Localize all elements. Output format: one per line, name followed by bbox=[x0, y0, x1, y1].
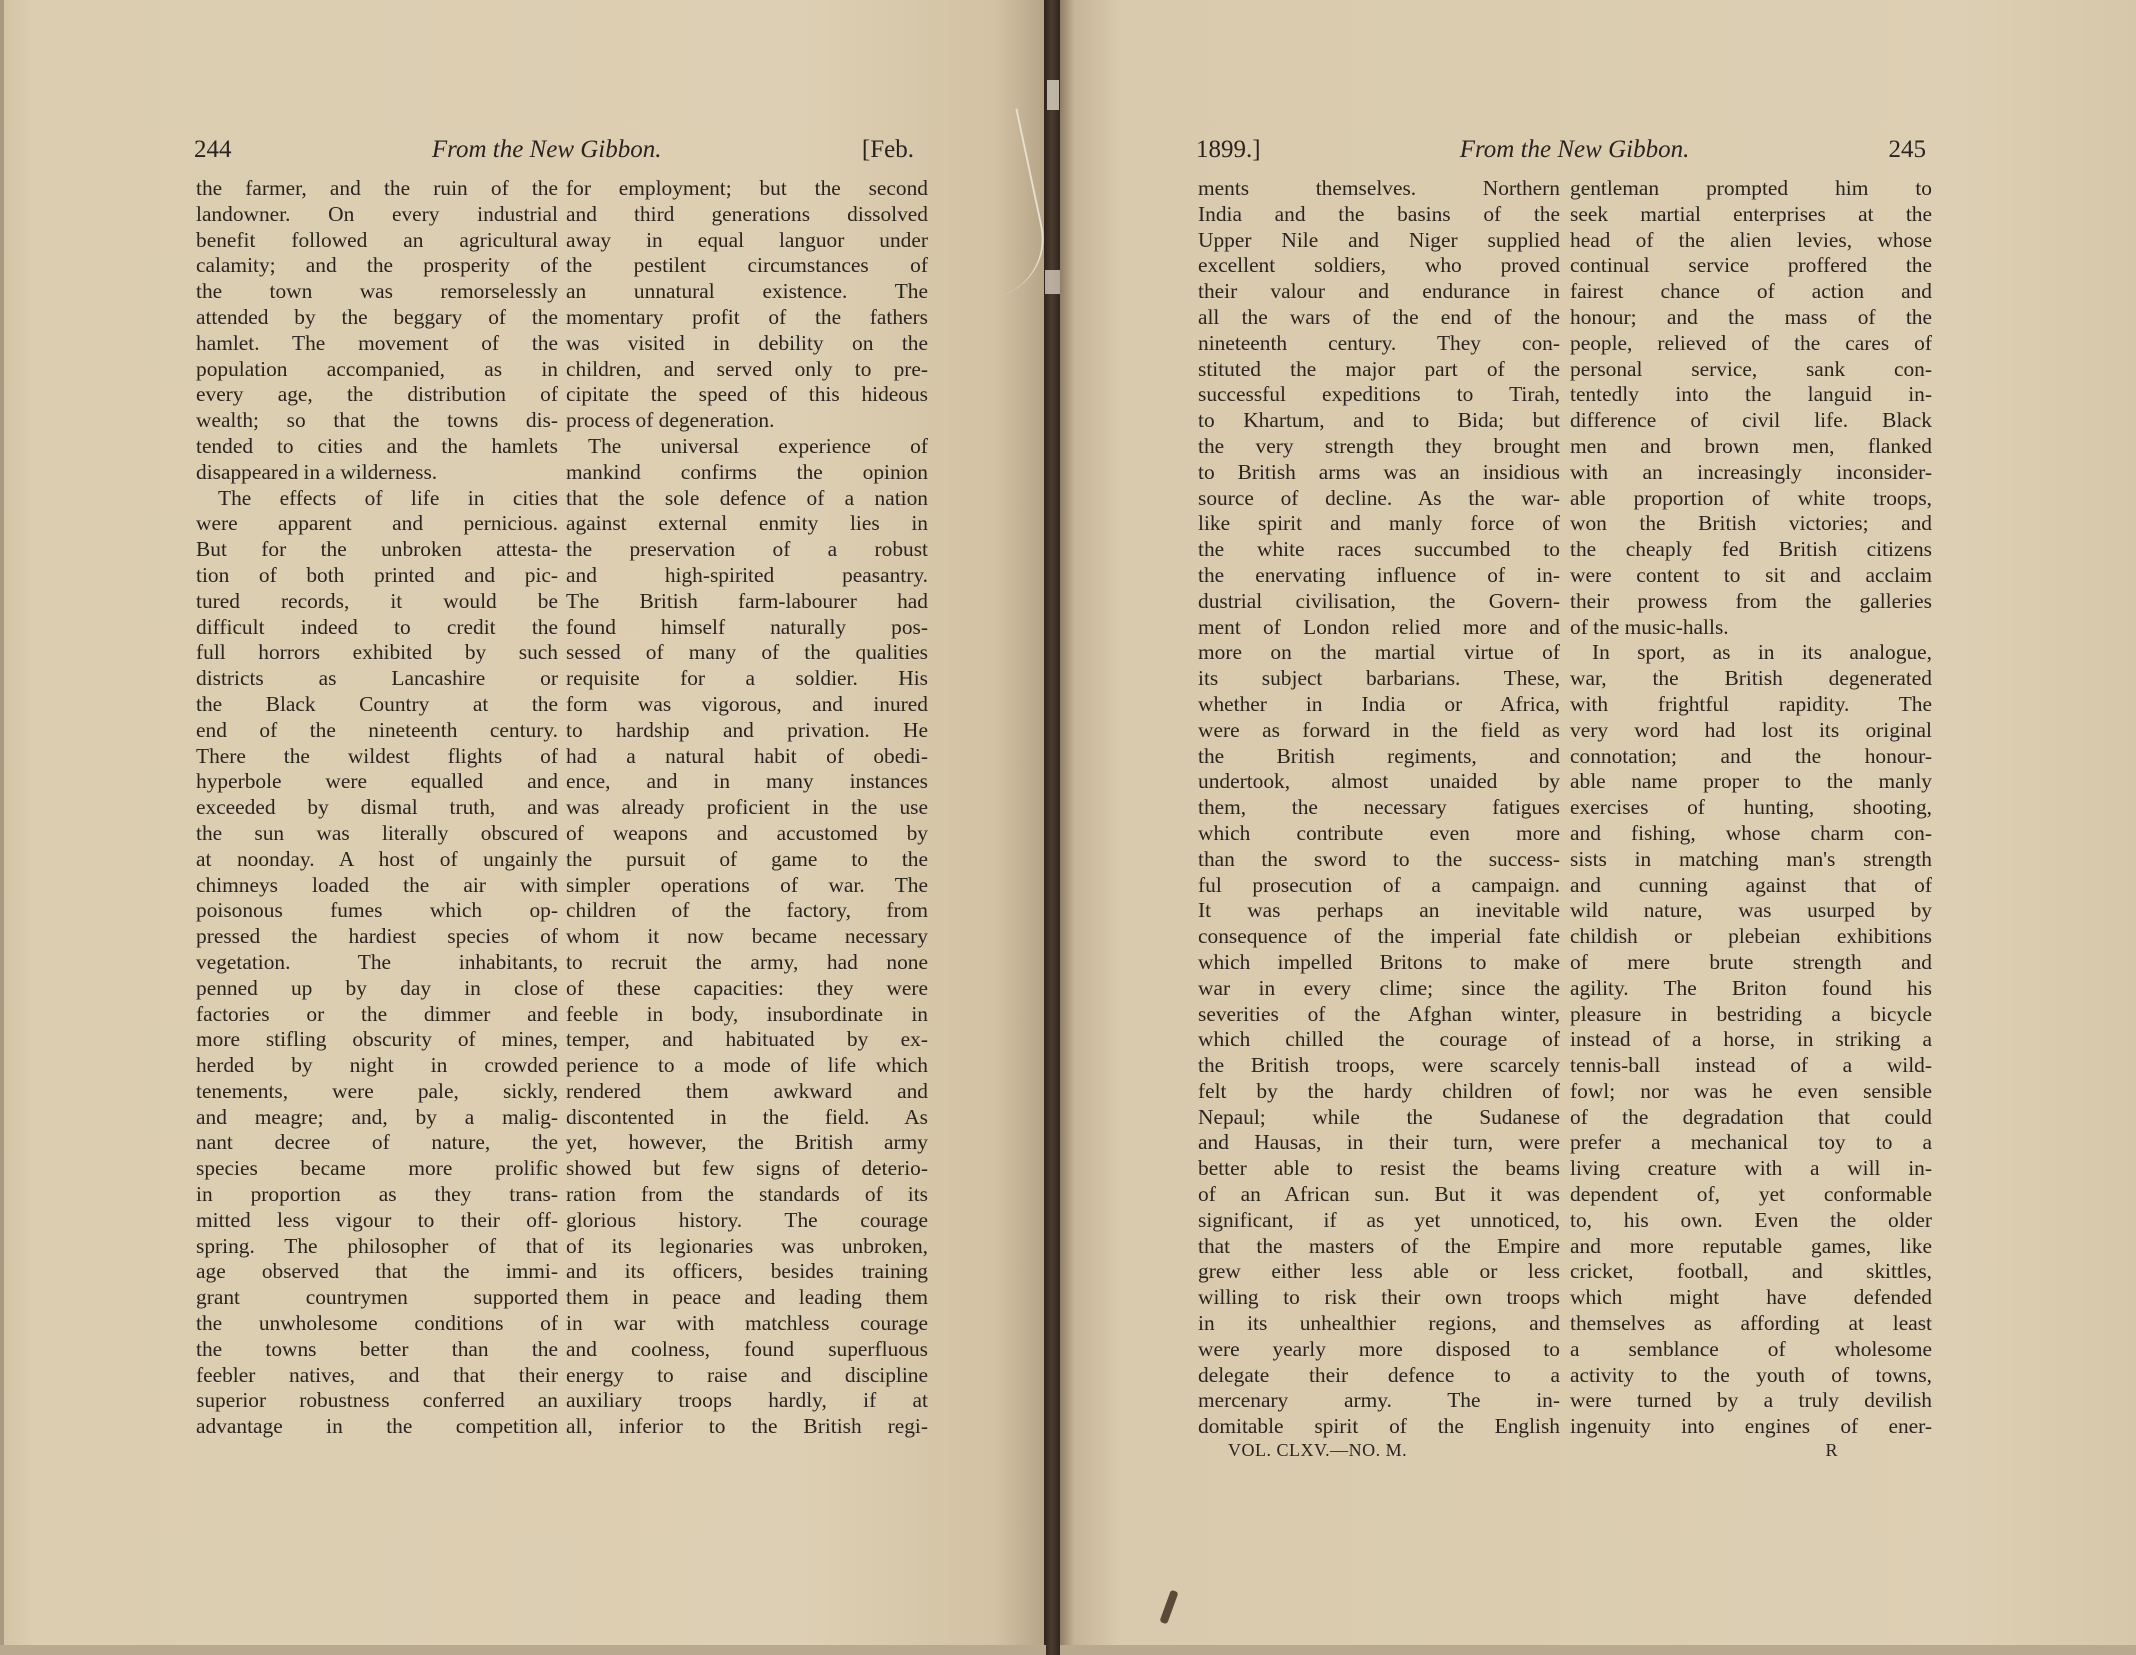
text-line: to Khartum, and to Bida; but bbox=[1198, 408, 1560, 434]
text-line: were turned by a truly devilish bbox=[1570, 1388, 1932, 1414]
running-date: [Feb. bbox=[862, 132, 914, 168]
text-line: of the degradation that could bbox=[1570, 1105, 1932, 1131]
text-line: childish or plebeian exhibitions bbox=[1570, 924, 1932, 950]
text-line: at noonday. A host of ungainly bbox=[196, 847, 558, 873]
text-line: attended by the beggary of the bbox=[196, 305, 558, 331]
text-line: disappeared in a wilderness. bbox=[196, 460, 558, 486]
text-line: difficult indeed to credit the bbox=[196, 615, 558, 641]
text-line: energy to raise and discipline bbox=[566, 1363, 928, 1389]
text-line: the unwholesome conditions of bbox=[196, 1311, 558, 1337]
text-line: feeble in body, insubordinate in bbox=[566, 1002, 928, 1028]
text-line: superior robustness conferred an bbox=[196, 1388, 558, 1414]
text-line: all, inferior to the British regi- bbox=[566, 1414, 928, 1440]
text-line: fowl; nor was he even sensible bbox=[1570, 1079, 1932, 1105]
text-line: difference of civil life. Black bbox=[1570, 408, 1932, 434]
text-line: undertook, almost unaided by bbox=[1198, 769, 1560, 795]
text-line: domitable spirit of the English bbox=[1198, 1414, 1560, 1440]
text-line: were apparent and pernicious. bbox=[196, 511, 558, 537]
text-line: whom it now became necessary bbox=[566, 924, 928, 950]
text-line: exercises of hunting, shooting, bbox=[1570, 795, 1932, 821]
text-line: But for the unbroken attesta- bbox=[196, 537, 558, 563]
text-line: more stifling obscurity of mines, bbox=[196, 1027, 558, 1053]
page-edge bbox=[0, 1645, 1046, 1655]
text-line: war, the British degenerated bbox=[1570, 666, 1932, 692]
running-title: From the New Gibbon. bbox=[432, 132, 662, 168]
text-column: gentleman prompted him toseek martial en… bbox=[1570, 176, 1932, 1440]
text-line: glorious history. The courage bbox=[566, 1208, 928, 1234]
text-line: the pestilent circumstances of bbox=[566, 253, 928, 279]
book-spread: 244 From the New Gibbon. [Feb. the farme… bbox=[0, 0, 2136, 1655]
text-line: had a natural habit of obedi- bbox=[566, 744, 928, 770]
text-line: to British arms was an insidious bbox=[1198, 460, 1560, 486]
text-line: population accompanied, as in bbox=[196, 357, 558, 383]
text-line: and more reputable games, like bbox=[1570, 1234, 1932, 1260]
text-line: ments themselves. Northern bbox=[1198, 176, 1560, 202]
text-line: continual service proffered the bbox=[1570, 253, 1932, 279]
text-line: species became more prolific bbox=[196, 1156, 558, 1182]
text-line: with frightful rapidity. The bbox=[1570, 692, 1932, 718]
text-line: war in every clime; since the bbox=[1198, 976, 1560, 1002]
text-line: cipitate the speed of this hideous bbox=[566, 382, 928, 408]
text-line: the town was remorselessly bbox=[196, 279, 558, 305]
text-line: requisite for a soldier. His bbox=[566, 666, 928, 692]
text-line: ration from the standards of its bbox=[566, 1182, 928, 1208]
text-line: factories or the dimmer and bbox=[196, 1002, 558, 1028]
text-line: ment of London relied more and bbox=[1198, 615, 1560, 641]
text-line: wild nature, was usurped by bbox=[1570, 898, 1932, 924]
text-line: exceeded by dismal truth, and bbox=[196, 795, 558, 821]
text-line: auxiliary troops hardly, if at bbox=[566, 1388, 928, 1414]
text-line: and Hausas, in their turn, were bbox=[1198, 1130, 1560, 1156]
text-line: tenements, were pale, sickly, bbox=[196, 1079, 558, 1105]
text-line: and cunning against that of bbox=[1570, 873, 1932, 899]
text-line: pressed the hardiest species of bbox=[196, 924, 558, 950]
volume-number: VOL. CLXV.—NO. M. bbox=[1228, 1440, 1407, 1461]
text-line: calamity; and the prosperity of bbox=[196, 253, 558, 279]
text-line: delegate their defence to a bbox=[1198, 1363, 1560, 1389]
text-line: yet, however, the British army bbox=[566, 1130, 928, 1156]
text-line: hamlet. The movement of the bbox=[196, 331, 558, 357]
text-line: The British farm-labourer had bbox=[566, 589, 928, 615]
right-page: 1899.] From the New Gibbon. 245 ments th… bbox=[1060, 0, 2136, 1655]
text-line: There the wildest flights of bbox=[196, 744, 558, 770]
text-line: living creature with a will in- bbox=[1570, 1156, 1932, 1182]
text-line: people, relieved of the cares of bbox=[1570, 331, 1932, 357]
text-line: willing to risk their own troops bbox=[1198, 1285, 1560, 1311]
text-line: were as forward in the field as bbox=[1198, 718, 1560, 744]
text-line: dependent of, yet conformable bbox=[1570, 1182, 1932, 1208]
text-column: for employment; but the secondand third … bbox=[566, 176, 928, 1440]
text-line: to hardship and privation. He bbox=[566, 718, 928, 744]
text-line: found himself naturally pos- bbox=[566, 615, 928, 641]
text-line: the farmer, and the ruin of the bbox=[196, 176, 558, 202]
text-line: severities of the Afghan winter, bbox=[1198, 1002, 1560, 1028]
text-line: full horrors exhibited by such bbox=[196, 640, 558, 666]
text-line: which chilled the courage of bbox=[1198, 1027, 1560, 1053]
text-line: grew either less able or less bbox=[1198, 1259, 1560, 1285]
text-line: India and the basins of the bbox=[1198, 202, 1560, 228]
text-line: The effects of life in cities bbox=[196, 486, 558, 512]
text-line: benefit followed an agricultural bbox=[196, 228, 558, 254]
text-line: of mere brute strength and bbox=[1570, 950, 1932, 976]
text-line: nineteenth century. They con- bbox=[1198, 331, 1560, 357]
text-line: process of degeneration. bbox=[566, 408, 928, 434]
page-number: 244 bbox=[194, 132, 232, 168]
text-line: source of decline. As the war- bbox=[1198, 486, 1560, 512]
text-column: ments themselves. NorthernIndia and the … bbox=[1198, 176, 1560, 1440]
text-line: in war with matchless courage bbox=[566, 1311, 928, 1337]
text-line: In sport, as in its analogue, bbox=[1570, 640, 1932, 666]
text-line: stituted the major part of the bbox=[1198, 357, 1560, 383]
text-line: feebler natives, and that their bbox=[196, 1363, 558, 1389]
text-line: sists in matching man's strength bbox=[1570, 847, 1932, 873]
text-line: agility. The Briton found his bbox=[1570, 976, 1932, 1002]
text-line: significant, if as yet unnoticed, bbox=[1198, 1208, 1560, 1234]
text-line: and coolness, found superfluous bbox=[566, 1337, 928, 1363]
text-line: able proportion of white troops, bbox=[1570, 486, 1932, 512]
text-line: and third generations dissolved bbox=[566, 202, 928, 228]
page-blemish bbox=[1159, 1590, 1178, 1625]
text-line: end of the nineteenth century. bbox=[196, 718, 558, 744]
text-line: that the sole defence of a nation bbox=[566, 486, 928, 512]
text-line: which might have defended bbox=[1570, 1285, 1932, 1311]
text-line: of these capacities: they were bbox=[566, 976, 928, 1002]
text-line: vegetation. The inhabitants, bbox=[196, 950, 558, 976]
text-line: children of the factory, from bbox=[566, 898, 928, 924]
text-line: herded by night in crowded bbox=[196, 1053, 558, 1079]
text-line: all the wars of the end of the bbox=[1198, 305, 1560, 331]
text-line: children, and served only to pre- bbox=[566, 357, 928, 383]
text-line: was already proficient in the use bbox=[566, 795, 928, 821]
text-line: the pursuit of game to the bbox=[566, 847, 928, 873]
text-line: ence, and in many instances bbox=[566, 769, 928, 795]
text-line: tennis-ball instead of a wild- bbox=[1570, 1053, 1932, 1079]
text-line: ingenuity into engines of ener- bbox=[1570, 1414, 1932, 1440]
text-line: personal service, sank con- bbox=[1570, 357, 1932, 383]
text-line: mitted less vigour to their off- bbox=[196, 1208, 558, 1234]
text-line: instead of a horse, in striking a bbox=[1570, 1027, 1932, 1053]
text-line: connotation; and the honour- bbox=[1570, 744, 1932, 770]
text-line: men and brown men, flanked bbox=[1570, 434, 1932, 460]
text-line: tended to cities and the hamlets bbox=[196, 434, 558, 460]
text-line: whether in India or Africa, bbox=[1198, 692, 1560, 718]
text-line: honour; and the mass of the bbox=[1570, 305, 1932, 331]
text-line: activity to the youth of towns, bbox=[1570, 1363, 1932, 1389]
text-line: in its unhealthier regions, and bbox=[1198, 1311, 1560, 1337]
text-line: the white races succumbed to bbox=[1198, 537, 1560, 563]
signature-mark: R bbox=[1825, 1440, 1838, 1461]
text-line: tion of both printed and pic- bbox=[196, 563, 558, 589]
text-line: which contribute even more bbox=[1198, 821, 1560, 847]
text-line: mercenary army. The in- bbox=[1198, 1388, 1560, 1414]
text-line: was visited in debility on the bbox=[566, 331, 928, 357]
text-line: them, the necessary fatigues bbox=[1198, 795, 1560, 821]
text-line: advantage in the competition bbox=[196, 1414, 558, 1440]
text-line: every age, the distribution of bbox=[196, 382, 558, 408]
text-line: more on the martial virtue of bbox=[1198, 640, 1560, 666]
text-line: in proportion as they trans- bbox=[196, 1182, 558, 1208]
text-line: poisonous fumes which op- bbox=[196, 898, 558, 924]
text-line: The universal experience of bbox=[566, 434, 928, 460]
text-line: were content to sit and acclaim bbox=[1570, 563, 1932, 589]
text-line: their valour and endurance in bbox=[1198, 279, 1560, 305]
text-line: of its legionaries was unbroken, bbox=[566, 1234, 928, 1260]
text-line: themselves as affording at least bbox=[1570, 1311, 1932, 1337]
text-line: for employment; but the second bbox=[566, 176, 928, 202]
text-line: sessed of many of the qualities bbox=[566, 640, 928, 666]
text-line: and fishing, whose charm con- bbox=[1570, 821, 1932, 847]
text-line: dustrial civilisation, the Govern- bbox=[1198, 589, 1560, 615]
text-line: the sun was literally obscured bbox=[196, 821, 558, 847]
text-line: and meagre; and, by a malig- bbox=[196, 1105, 558, 1131]
text-line: wealth; so that the towns dis- bbox=[196, 408, 558, 434]
text-line: the preservation of a robust bbox=[566, 537, 928, 563]
binding-tape bbox=[1045, 270, 1061, 294]
text-line: to recruit the army, had none bbox=[566, 950, 928, 976]
text-line: discontented in the field. As bbox=[566, 1105, 928, 1131]
text-line: penned up by day in close bbox=[196, 976, 558, 1002]
text-line: a semblance of wholesome bbox=[1570, 1337, 1932, 1363]
text-line: against external enmity lies in bbox=[566, 511, 928, 537]
text-line: age observed that the immi- bbox=[196, 1259, 558, 1285]
text-line: the British regiments, and bbox=[1198, 744, 1560, 770]
page-footer: VOL. CLXV.—NO. M. R bbox=[1228, 1440, 1928, 1461]
text-line: the enervating influence of in- bbox=[1198, 563, 1560, 589]
text-line: its subject barbarians. These, bbox=[1198, 666, 1560, 692]
text-line: temper, and habituated by ex- bbox=[566, 1027, 928, 1053]
text-line: landowner. On every industrial bbox=[196, 202, 558, 228]
text-line: head of the alien levies, whose bbox=[1570, 228, 1932, 254]
text-line: were yearly more disposed to bbox=[1198, 1337, 1560, 1363]
text-line: simpler operations of war. The bbox=[566, 873, 928, 899]
text-line: form was vigorous, and inured bbox=[566, 692, 928, 718]
text-line: seek martial enterprises at the bbox=[1570, 202, 1932, 228]
running-head-left: 244 From the New Gibbon. [Feb. bbox=[194, 132, 914, 168]
text-line: nant decree of nature, the bbox=[196, 1130, 558, 1156]
text-line: prefer a mechanical toy to a bbox=[1570, 1130, 1932, 1156]
text-line: pleasure in bestriding a bicycle bbox=[1570, 1002, 1932, 1028]
page-number: 245 bbox=[1888, 132, 1926, 168]
text-line: rendered them awkward and bbox=[566, 1079, 928, 1105]
text-line: better able to resist the beams bbox=[1198, 1156, 1560, 1182]
text-line: the British troops, were scarcely bbox=[1198, 1053, 1560, 1079]
text-line: felt by the hardy children of bbox=[1198, 1079, 1560, 1105]
text-line: hyperbole were equalled and bbox=[196, 769, 558, 795]
text-line: with an increasingly inconsider- bbox=[1570, 460, 1932, 486]
text-line: Nepaul; while the Sudanese bbox=[1198, 1105, 1560, 1131]
text-line: chimneys loaded the air with bbox=[196, 873, 558, 899]
text-line: which impelled Britons to make bbox=[1198, 950, 1560, 976]
text-line: ful prosecution of a campaign. bbox=[1198, 873, 1560, 899]
text-line: excellent soldiers, who proved bbox=[1198, 253, 1560, 279]
left-page: 244 From the New Gibbon. [Feb. the farme… bbox=[0, 0, 1046, 1655]
text-line: momentary profit of the fathers bbox=[566, 305, 928, 331]
text-line: gentleman prompted him to bbox=[1570, 176, 1932, 202]
text-line: consequence of the imperial fate bbox=[1198, 924, 1560, 950]
text-line: their prowess from the galleries bbox=[1570, 589, 1932, 615]
text-line: to, his own. Even the older bbox=[1570, 1208, 1932, 1234]
text-line: perience to a mode of life which bbox=[566, 1053, 928, 1079]
text-line: the towns better than the bbox=[196, 1337, 558, 1363]
text-line: of an African sun. But it was bbox=[1198, 1182, 1560, 1208]
text-line: the cheaply fed British citizens bbox=[1570, 537, 1932, 563]
text-line: grant countrymen supported bbox=[196, 1285, 558, 1311]
text-line: and high-spirited peasantry. bbox=[566, 563, 928, 589]
running-title: From the New Gibbon. bbox=[1460, 132, 1690, 168]
text-line: them in peace and leading them bbox=[566, 1285, 928, 1311]
text-line: tured records, it would be bbox=[196, 589, 558, 615]
running-head-right: 1899.] From the New Gibbon. 245 bbox=[1196, 132, 1926, 168]
text-column: the farmer, and the ruin of thelandowner… bbox=[196, 176, 558, 1440]
text-line: districts as Lancashire or bbox=[196, 666, 558, 692]
binding-tape bbox=[1047, 80, 1059, 110]
page-edge bbox=[1060, 1645, 2136, 1655]
text-line: than the sword to the success- bbox=[1198, 847, 1560, 873]
text-line: tentedly into the languid in- bbox=[1570, 382, 1932, 408]
text-line: fairest chance of action and bbox=[1570, 279, 1932, 305]
text-line: like spirit and manly force of bbox=[1198, 511, 1560, 537]
text-line: of the music-halls. bbox=[1570, 615, 1932, 641]
text-line: cricket, football, and skittles, bbox=[1570, 1259, 1932, 1285]
text-line: the Black Country at the bbox=[196, 692, 558, 718]
text-line: won the British victories; and bbox=[1570, 511, 1932, 537]
text-line: able name proper to the manly bbox=[1570, 769, 1932, 795]
text-line: spring. The philosopher of that bbox=[196, 1234, 558, 1260]
text-line: Upper Nile and Niger supplied bbox=[1198, 228, 1560, 254]
text-line: and its officers, besides training bbox=[566, 1259, 928, 1285]
text-line: the very strength they brought bbox=[1198, 434, 1560, 460]
text-line: It was perhaps an inevitable bbox=[1198, 898, 1560, 924]
text-line: successful expeditions to Tirah, bbox=[1198, 382, 1560, 408]
text-line: away in equal languor under bbox=[566, 228, 928, 254]
text-line: an unnatural existence. The bbox=[566, 279, 928, 305]
text-line: very word had lost its original bbox=[1570, 718, 1932, 744]
text-line: that the masters of the Empire bbox=[1198, 1234, 1560, 1260]
text-line: mankind confirms the opinion bbox=[566, 460, 928, 486]
running-date: 1899.] bbox=[1196, 132, 1261, 168]
text-line: of weapons and accustomed by bbox=[566, 821, 928, 847]
text-line: showed but few signs of deterio- bbox=[566, 1156, 928, 1182]
